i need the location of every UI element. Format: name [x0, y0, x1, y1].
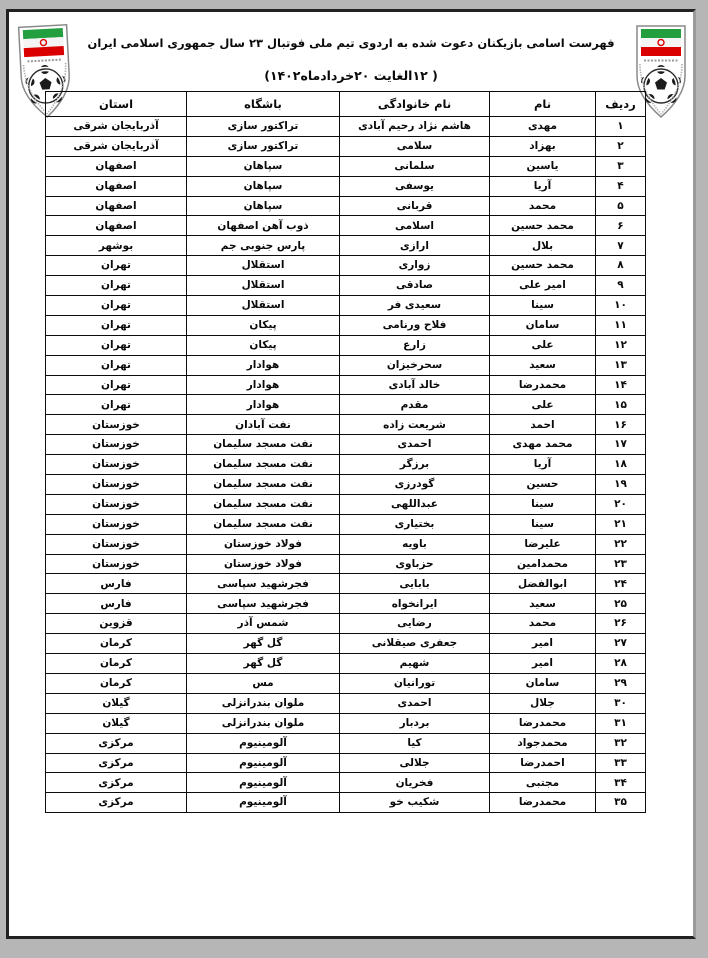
cell-club: ملوان بندرانزلی	[187, 693, 340, 713]
cell-first-name: بلال	[490, 236, 596, 256]
cell-first-name: محمد	[490, 614, 596, 634]
document-title: فهرست اسامی بازیکنان دعوت شده به اردوی ت…	[79, 36, 623, 51]
cell-province: اصفهان	[46, 216, 187, 236]
cell-row-number: ۱۶	[596, 415, 646, 435]
cell-row-number: ۵	[596, 196, 646, 216]
cell-province: تهران	[46, 335, 187, 355]
cell-last-name: بختیاری	[340, 514, 490, 534]
cell-province: مرکزی	[46, 733, 187, 753]
table-row: ۲۵ سعید ایرانخواه فجرشهید سپاسی فارس	[46, 594, 646, 614]
table-row: ۳۵ محمدرضا شکیب خو آلومینیوم مرکزی	[46, 793, 646, 813]
scanned-document: { "page": { "title": "فهرست اسامی بازیکن…	[0, 0, 708, 958]
table-row: ۲۸ امیر شهیم گل گهر کرمان	[46, 654, 646, 674]
table-row: ۱۴ محمدرضا خالد آبادی هوادار تهران	[46, 375, 646, 395]
header-last-name: نام خانوادگی	[340, 92, 490, 117]
cell-last-name: جلالی	[340, 753, 490, 773]
table-row: ۳۳ احمدرضا جلالی آلومینیوم مرکزی	[46, 753, 646, 773]
cell-row-number: ۱۴	[596, 375, 646, 395]
cell-last-name: ایرانخواه	[340, 594, 490, 614]
cell-last-name: فخریان	[340, 773, 490, 793]
cell-last-name: زواری	[340, 256, 490, 276]
table-row: ۱۸ آریا برزگر نفت مسجد سلیمان خوزستان	[46, 455, 646, 475]
cell-province: خوزستان	[46, 455, 187, 475]
cell-club: سپاهان	[187, 176, 340, 196]
cell-first-name: محمدرضا	[490, 793, 596, 813]
cell-last-name: سعیدی فر	[340, 296, 490, 316]
cell-row-number: ۲۷	[596, 634, 646, 654]
cell-row-number: ۲۶	[596, 614, 646, 634]
cell-club: هوادار	[187, 375, 340, 395]
cell-first-name: محمدرضا	[490, 375, 596, 395]
cell-last-name: مقدم	[340, 395, 490, 415]
table-row: ۶ محمد حسین اسلامی ذوب آهن اصفهان اصفهان	[46, 216, 646, 236]
cell-first-name: حسین	[490, 475, 596, 495]
cell-province: خوزستان	[46, 415, 187, 435]
cell-club: آلومینیوم	[187, 753, 340, 773]
cell-last-name: حزباوی	[340, 554, 490, 574]
table-row: ۱۱ سامان فلاح ورنامی پیکان تهران	[46, 315, 646, 335]
cell-first-name: مجتبی	[490, 773, 596, 793]
cell-row-number: ۶	[596, 216, 646, 236]
table-row: ۱۰ سینا سعیدی فر استقلال تهران	[46, 296, 646, 316]
cell-row-number: ۲۳	[596, 554, 646, 574]
cell-province: کرمان	[46, 634, 187, 654]
cell-last-name: بابایی	[340, 574, 490, 594]
cell-row-number: ۷	[596, 236, 646, 256]
header-first-name: نام	[490, 92, 596, 117]
cell-last-name: عبداللهی	[340, 494, 490, 514]
cell-province: تهران	[46, 355, 187, 375]
cell-province: خوزستان	[46, 534, 187, 554]
cell-last-name: شریعت زاده	[340, 415, 490, 435]
cell-province: فارس	[46, 574, 187, 594]
cell-last-name: قربانی	[340, 196, 490, 216]
cell-first-name: محمدامین	[490, 554, 596, 574]
cell-province: اصفهان	[46, 196, 187, 216]
cell-first-name: محمد	[490, 196, 596, 216]
cell-club: استقلال	[187, 256, 340, 276]
header-club: باشگاه	[187, 92, 340, 117]
cell-row-number: ۲۵	[596, 594, 646, 614]
cell-province: اصفهان	[46, 156, 187, 176]
cell-last-name: فلاح ورنامی	[340, 315, 490, 335]
table-row: ۳۰ جلال احمدی ملوان بندرانزلی گیلان	[46, 693, 646, 713]
table-row: ۵ محمد قربانی سپاهان اصفهان	[46, 196, 646, 216]
cell-last-name: ارازی	[340, 236, 490, 256]
cell-row-number: ۳۵	[596, 793, 646, 813]
cell-province: آذربایجان شرقی	[46, 136, 187, 156]
header-province: استان	[46, 92, 187, 117]
table-row: ۲۶ محمد رضایی شمس آذر قزوین	[46, 614, 646, 634]
cell-province: تهران	[46, 276, 187, 296]
cell-province: گیلان	[46, 693, 187, 713]
cell-province: تهران	[46, 375, 187, 395]
cell-club: تراکتور سازی	[187, 117, 340, 137]
cell-province: قزوین	[46, 614, 187, 634]
table-row: ۳۴ مجتبی فخریان آلومینیوم مرکزی	[46, 773, 646, 793]
cell-first-name: آریا	[490, 176, 596, 196]
cell-last-name: کیا	[340, 733, 490, 753]
cell-club: نفت مسجد سلیمان	[187, 475, 340, 495]
cell-province: مرکزی	[46, 773, 187, 793]
cell-row-number: ۳۰	[596, 693, 646, 713]
cell-province: خوزستان	[46, 494, 187, 514]
cell-province: کرمان	[46, 673, 187, 693]
table-row: ۸ محمد حسین زواری استقلال تهران	[46, 256, 646, 276]
cell-club: فولاد خوزستان	[187, 534, 340, 554]
cell-province: تهران	[46, 296, 187, 316]
cell-last-name: شهیم	[340, 654, 490, 674]
cell-first-name: مهدی	[490, 117, 596, 137]
cell-first-name: امیر	[490, 634, 596, 654]
cell-last-name: رضایی	[340, 614, 490, 634]
cell-first-name: سینا	[490, 514, 596, 534]
cell-last-name: شکیب خو	[340, 793, 490, 813]
cell-row-number: ۱۲	[596, 335, 646, 355]
cell-last-name: گودرزی	[340, 475, 490, 495]
cell-last-name: اسلامی	[340, 216, 490, 236]
cell-row-number: ۱۵	[596, 395, 646, 415]
cell-province: آذربایجان شرقی	[46, 117, 187, 137]
cell-first-name: سینا	[490, 296, 596, 316]
cell-club: فولاد خوزستان	[187, 554, 340, 574]
cell-club: سپاهان	[187, 196, 340, 216]
cell-row-number: ۳۳	[596, 753, 646, 773]
cell-first-name: ابوالفضل	[490, 574, 596, 594]
table-row: ۳ یاسین سلمانی سپاهان اصفهان	[46, 156, 646, 176]
players-table: ردیف نام نام خانوادگی باشگاه استان ۱ مهد…	[45, 91, 646, 813]
cell-province: تهران	[46, 315, 187, 335]
cell-last-name: جعفری صیقلانی	[340, 634, 490, 654]
table-row: ۲۷ امیر جعفری صیقلانی گل گهر کرمان	[46, 634, 646, 654]
table-row: ۱۶ احمد شریعت زاده نفت آبادان خوزستان	[46, 415, 646, 435]
cell-first-name: امیر علی	[490, 276, 596, 296]
cell-last-name: تورانیان	[340, 673, 490, 693]
cell-first-name: محمدجواد	[490, 733, 596, 753]
cell-row-number: ۹	[596, 276, 646, 296]
cell-first-name: علیرضا	[490, 534, 596, 554]
cell-club: ملوان بندرانزلی	[187, 713, 340, 733]
cell-row-number: ۳	[596, 156, 646, 176]
cell-club: شمس آذر	[187, 614, 340, 634]
table-row: ۷ بلال ارازی پارس جنوبی جم بوشهر	[46, 236, 646, 256]
cell-province: خوزستان	[46, 554, 187, 574]
cell-club: ذوب آهن اصفهان	[187, 216, 340, 236]
cell-row-number: ۱۳	[596, 355, 646, 375]
cell-last-name: بردبار	[340, 713, 490, 733]
cell-row-number: ۱۰	[596, 296, 646, 316]
cell-row-number: ۸	[596, 256, 646, 276]
table-row: ۱۲ علی زارع پیکان تهران	[46, 335, 646, 355]
table-row: ۳۲ محمدجواد کیا آلومینیوم مرکزی	[46, 733, 646, 753]
cell-row-number: ۴	[596, 176, 646, 196]
header-row-number: ردیف	[596, 92, 646, 117]
cell-first-name: محمد حسین	[490, 256, 596, 276]
cell-club: گل گهر	[187, 654, 340, 674]
cell-first-name: محمد مهدی	[490, 435, 596, 455]
table-row: ۹ امیر علی صادقی استقلال تهران	[46, 276, 646, 296]
cell-first-name: علی	[490, 335, 596, 355]
table-row: ۲۴ ابوالفضل بابایی فجرشهید سپاسی فارس	[46, 574, 646, 594]
cell-first-name: بهزاد	[490, 136, 596, 156]
players-table-body: ۱ مهدی هاشم نژاد رحیم آبادی تراکتور سازی…	[46, 117, 646, 813]
cell-row-number: ۲۴	[596, 574, 646, 594]
table-row: ۳۱ محمدرضا بردبار ملوان بندرانزلی گیلان	[46, 713, 646, 733]
cell-club: هوادار	[187, 395, 340, 415]
cell-row-number: ۲۸	[596, 654, 646, 674]
cell-club: فجرشهید سپاسی	[187, 574, 340, 594]
cell-first-name: آریا	[490, 455, 596, 475]
table-header-row: ردیف نام نام خانوادگی باشگاه استان	[46, 92, 646, 117]
cell-first-name: سامان	[490, 673, 596, 693]
cell-last-name: صادقی	[340, 276, 490, 296]
cell-row-number: ۱۸	[596, 455, 646, 475]
cell-province: خوزستان	[46, 435, 187, 455]
cell-row-number: ۳۴	[596, 773, 646, 793]
cell-club: پیکان	[187, 315, 340, 335]
cell-first-name: سعید	[490, 355, 596, 375]
cell-first-name: علی	[490, 395, 596, 415]
cell-province: اصفهان	[46, 176, 187, 196]
cell-first-name: احمد	[490, 415, 596, 435]
cell-row-number: ۳۱	[596, 713, 646, 733]
cell-province: گیلان	[46, 713, 187, 733]
cell-first-name: یاسین	[490, 156, 596, 176]
cell-row-number: ۳۲	[596, 733, 646, 753]
cell-row-number: ۲۲	[596, 534, 646, 554]
table-row: ۲ بهزاد سلامی تراکتور سازی آذربایجان شرق…	[46, 136, 646, 156]
cell-row-number: ۲۰	[596, 494, 646, 514]
cell-club: هوادار	[187, 355, 340, 375]
cell-club: فجرشهید سپاسی	[187, 594, 340, 614]
cell-province: کرمان	[46, 654, 187, 674]
cell-last-name: زارع	[340, 335, 490, 355]
table-row: ۱۹ حسین گودرزی نفت مسجد سلیمان خوزستان	[46, 475, 646, 495]
cell-club: آلومینیوم	[187, 793, 340, 813]
document-page: فهرست اسامی بازیکنان دعوت شده به اردوی ت…	[6, 9, 696, 939]
cell-club: پارس جنوبی جم	[187, 236, 340, 256]
cell-club: سپاهان	[187, 156, 340, 176]
cell-first-name: محمد حسین	[490, 216, 596, 236]
cell-club: پیکان	[187, 335, 340, 355]
cell-club: نفت مسجد سلیمان	[187, 514, 340, 534]
table-row: ۲۲ علیرضا باویه فولاد خوزستان خوزستان	[46, 534, 646, 554]
cell-province: مرکزی	[46, 793, 187, 813]
cell-club: نفت مسجد سلیمان	[187, 435, 340, 455]
cell-first-name: سینا	[490, 494, 596, 514]
cell-club: تراکتور سازی	[187, 136, 340, 156]
cell-club: استقلال	[187, 296, 340, 316]
cell-club: نفت مسجد سلیمان	[187, 494, 340, 514]
cell-row-number: ۲	[596, 136, 646, 156]
cell-last-name: یوسفی	[340, 176, 490, 196]
cell-last-name: هاشم نژاد رحیم آبادی	[340, 117, 490, 137]
table-row: ۱۵ علی مقدم هوادار تهران	[46, 395, 646, 415]
cell-last-name: احمدی	[340, 435, 490, 455]
cell-province: تهران	[46, 395, 187, 415]
cell-first-name: سامان	[490, 315, 596, 335]
cell-last-name: خالد آبادی	[340, 375, 490, 395]
cell-last-name: باویه	[340, 534, 490, 554]
cell-row-number: ۲۱	[596, 514, 646, 534]
table-row: ۲۱ سینا بختیاری نفت مسجد سلیمان خوزستان	[46, 514, 646, 534]
cell-province: خوزستان	[46, 514, 187, 534]
cell-last-name: سحرخیزان	[340, 355, 490, 375]
cell-row-number: ۱	[596, 117, 646, 137]
table-row: ۲۰ سینا عبداللهی نفت مسجد سلیمان خوزستان	[46, 494, 646, 514]
cell-last-name: سلامی	[340, 136, 490, 156]
table-row: ۱۳ سعید سحرخیزان هوادار تهران	[46, 355, 646, 375]
table-row: ۲۹ سامان تورانیان مس کرمان	[46, 673, 646, 693]
cell-row-number: ۱۹	[596, 475, 646, 495]
cell-last-name: برزگر	[340, 455, 490, 475]
cell-club: مس	[187, 673, 340, 693]
table-row: ۱۷ محمد مهدی احمدی نفت مسجد سلیمان خوزست…	[46, 435, 646, 455]
cell-province: فارس	[46, 594, 187, 614]
cell-club: آلومینیوم	[187, 773, 340, 793]
table-row: ۱ مهدی هاشم نژاد رحیم آبادی تراکتور سازی…	[46, 117, 646, 137]
cell-province: مرکزی	[46, 753, 187, 773]
cell-province: بوشهر	[46, 236, 187, 256]
cell-club: استقلال	[187, 276, 340, 296]
cell-row-number: ۱۷	[596, 435, 646, 455]
cell-row-number: ۲۹	[596, 673, 646, 693]
cell-club: آلومینیوم	[187, 733, 340, 753]
cell-last-name: سلمانی	[340, 156, 490, 176]
cell-club: نفت آبادان	[187, 415, 340, 435]
cell-first-name: امیر	[490, 654, 596, 674]
cell-last-name: احمدی	[340, 693, 490, 713]
table-row: ۴ آریا یوسفی سپاهان اصفهان	[46, 176, 646, 196]
document-subtitle: ( ۱۲الغایت ۲۰خردادماه۱۴۰۲)	[79, 68, 623, 83]
cell-first-name: جلال	[490, 693, 596, 713]
cell-first-name: محمدرضا	[490, 713, 596, 733]
cell-club: گل گهر	[187, 634, 340, 654]
cell-first-name: سعید	[490, 594, 596, 614]
cell-province: تهران	[46, 256, 187, 276]
cell-row-number: ۱۱	[596, 315, 646, 335]
cell-province: خوزستان	[46, 475, 187, 495]
table-row: ۲۳ محمدامین حزباوی فولاد خوزستان خوزستان	[46, 554, 646, 574]
cell-first-name: احمدرضا	[490, 753, 596, 773]
cell-club: نفت مسجد سلیمان	[187, 455, 340, 475]
